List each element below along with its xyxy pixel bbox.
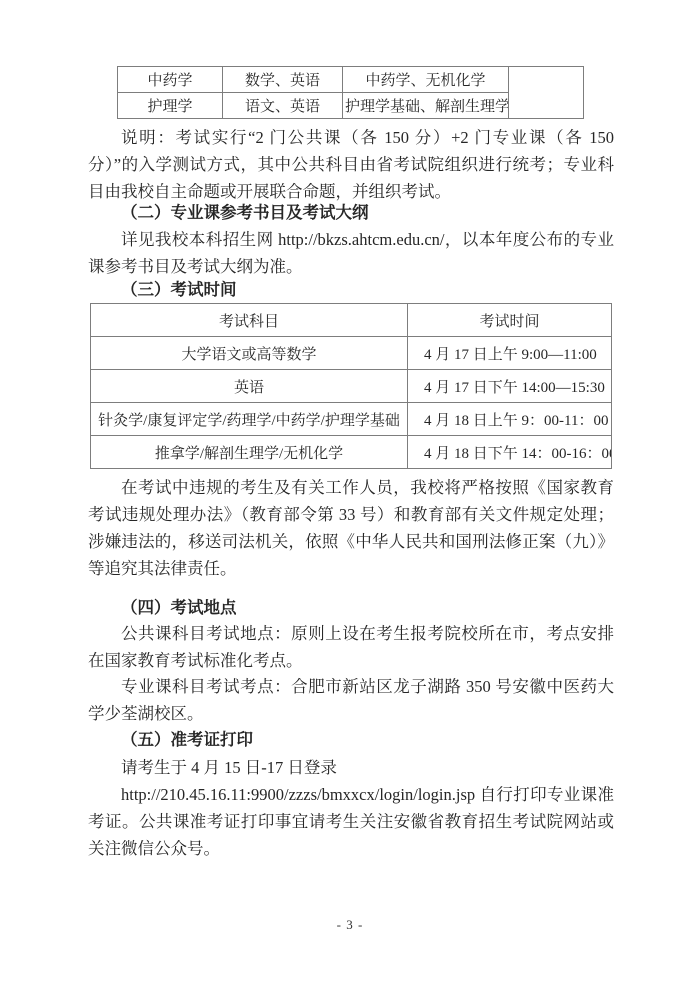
paragraph-public-location: 公共课科目考试地点：原则上设在考生报考院校所在市，考点安排在国家教育考试标准化考… <box>88 620 614 674</box>
table-row: 大学语文或高等数学 4 月 17 日上午 9:00—11:00 <box>91 337 612 370</box>
section3-heading: （三）考试时间 <box>88 276 614 303</box>
section2-heading: （二）专业课参考书目及考试大纲 <box>88 199 614 226</box>
time-cell: 4 月 18 日下午 14：00-16：00 <box>408 436 612 469</box>
major-cell: 护理学 <box>118 93 223 119</box>
section5-heading: （五）准考证打印 <box>88 726 614 753</box>
paragraph-login-date: 请考生于 4 月 15 日-17 日登录 <box>88 754 614 781</box>
section4-heading: （四）考试地点 <box>88 594 614 621</box>
subject-cell: 大学语文或高等数学 <box>91 337 408 370</box>
subject-cell: 英语 <box>91 370 408 403</box>
document-page: 中药学 数学、英语 中药学、无机化学 护理学 语文、英语 护理学基础、解剖生理学… <box>0 0 700 991</box>
subject-cell: 推拿学/解剖生理学/无机化学 <box>91 436 408 469</box>
paragraph-reference-books: 详见我校本科招生网 http://bkzs.ahtcm.edu.cn/，以本年度… <box>88 226 614 280</box>
paragraph-professional-location: 专业课科目考试考点：合肥市新站区龙子湖路 350 号安徽中医药大学少荃湖校区。 <box>88 673 614 727</box>
schedule-table: 考试科目 考试时间 大学语文或高等数学 4 月 17 日上午 9:00—11:0… <box>90 303 612 469</box>
empty-cell <box>509 67 584 119</box>
table-header-row: 考试科目 考试时间 <box>91 304 612 337</box>
public-courses-cell: 语文、英语 <box>223 93 343 119</box>
major-cell: 中药学 <box>118 67 223 93</box>
subject-header-cell: 考试科目 <box>91 304 408 337</box>
time-cell: 4 月 17 日下午 14:00—15:30 <box>408 370 612 403</box>
table-row: 中药学 数学、英语 中药学、无机化学 <box>118 67 584 93</box>
professional-courses-cell: 中药学、无机化学 <box>343 67 509 93</box>
time-cell: 4 月 17 日上午 9:00—11:00 <box>408 337 612 370</box>
majors-table: 中药学 数学、英语 中药学、无机化学 护理学 语文、英语 护理学基础、解剖生理学 <box>117 66 584 119</box>
paragraph-exam-note: 说明：考试实行“2 门公共课（各 150 分）+2 门专业课（各 150 分）”… <box>88 124 614 205</box>
page-number: - 3 - <box>0 917 700 933</box>
time-cell: 4 月 18 日上午 9：00-11：00 <box>408 403 612 436</box>
time-header-cell: 考试时间 <box>408 304 612 337</box>
public-courses-cell: 数学、英语 <box>223 67 343 93</box>
paragraph-violation-note: 在考试中违规的考生及有关工作人员，我校将严格按照《国家教育考试违规处理办法》（教… <box>88 474 614 582</box>
table-row: 推拿学/解剖生理学/无机化学 4 月 18 日下午 14：00-16：00 <box>91 436 612 469</box>
paragraph-print-note: http://210.45.16.11:9900/zzzs/bmxxcx/log… <box>88 781 614 862</box>
professional-courses-cell: 护理学基础、解剖生理学 <box>343 93 509 119</box>
table-row: 英语 4 月 17 日下午 14:00—15:30 <box>91 370 612 403</box>
subject-cell: 针灸学/康复评定学/药理学/中药学/护理学基础 <box>91 403 408 436</box>
table-row: 针灸学/康复评定学/药理学/中药学/护理学基础 4 月 18 日上午 9：00-… <box>91 403 612 436</box>
